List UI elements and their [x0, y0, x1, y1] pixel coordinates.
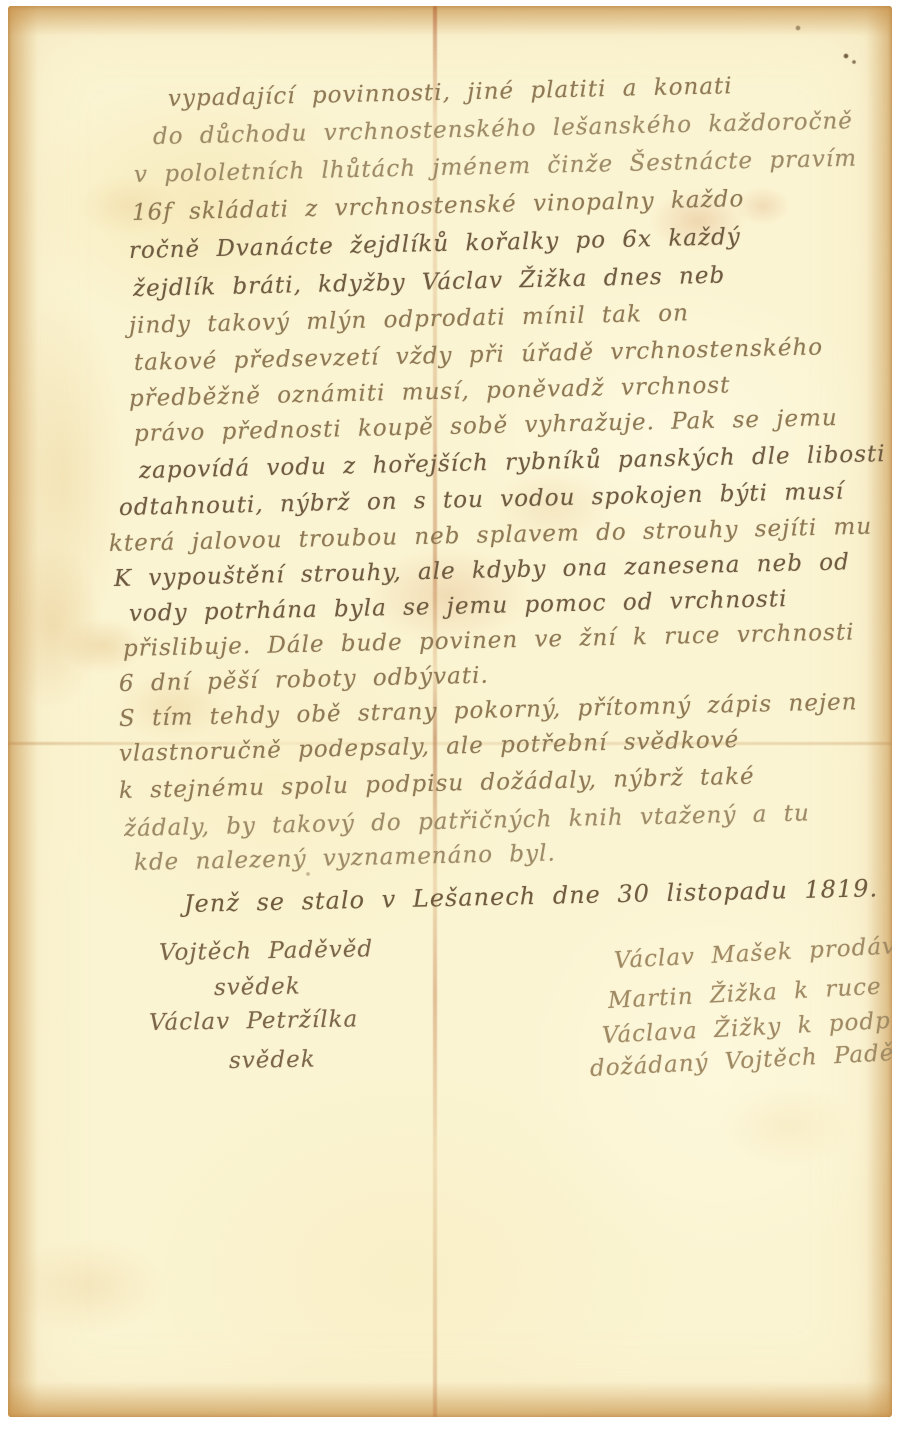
signature-witness-2-role: svědek — [229, 1046, 316, 1074]
manuscript-page: vypadající povinnosti, jiné platiti a ko… — [8, 6, 892, 1417]
signature-witness-1-role: svědek — [214, 973, 301, 1001]
signature-witness-1: Vojtěch Paděvěd — [159, 936, 374, 966]
document-scan: vypadající povinnosti, jiné platiti a ko… — [0, 0, 900, 1431]
signature-witness-2: Václav Petržílka — [149, 1006, 359, 1036]
